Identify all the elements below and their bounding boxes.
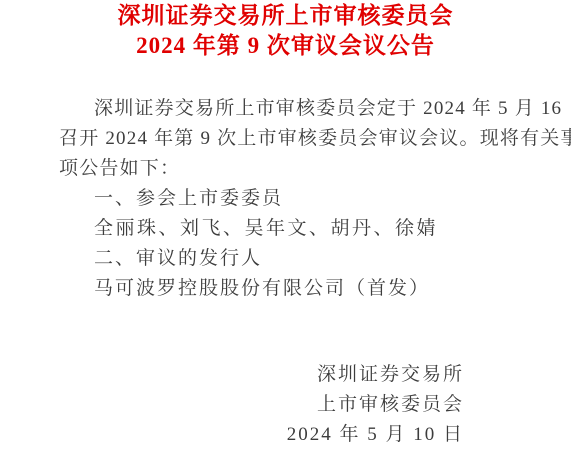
announcement-page: 深圳证券交易所上市审核委员会 2024 年第 9 次审议会议公告 深圳证券交易所… <box>0 0 571 469</box>
signature-org-line-1: 深圳证券交易所 <box>59 360 464 390</box>
title-line-2: 2024 年第 9 次审议会议公告 <box>0 31 571 61</box>
section-2-heading: 二、审议的发行人 <box>59 244 571 274</box>
intro-line-2: 召开 2024 年第 9 次上市审核委员会审议会议。现将有关事 <box>59 124 571 154</box>
intro-line-1: 深圳证券交易所上市审核委员会定于 2024 年 5 月 16 日 <box>59 94 571 124</box>
title-line-1: 深圳证券交易所上市审核委员会 <box>0 1 571 31</box>
intro-line-3: 项公告如下： <box>59 154 571 184</box>
signature-org-line-2: 上市审核委员会 <box>59 390 464 420</box>
section-1-committee-members: 全丽珠、刘飞、吴年文、胡丹、徐婧 <box>59 214 571 244</box>
section-2-issuer-name: 马可波罗控股股份有限公司（首发） <box>59 274 571 304</box>
signature-block: 深圳证券交易所 上市审核委员会 2024 年 5 月 10 日 <box>59 360 571 450</box>
document-body: 深圳证券交易所上市审核委员会定于 2024 年 5 月 16 日 召开 2024… <box>0 94 571 450</box>
section-1-heading: 一、参会上市委委员 <box>59 184 571 214</box>
document-title: 深圳证券交易所上市审核委员会 2024 年第 9 次审议会议公告 <box>0 0 571 61</box>
signature-date: 2024 年 5 月 10 日 <box>59 420 464 450</box>
